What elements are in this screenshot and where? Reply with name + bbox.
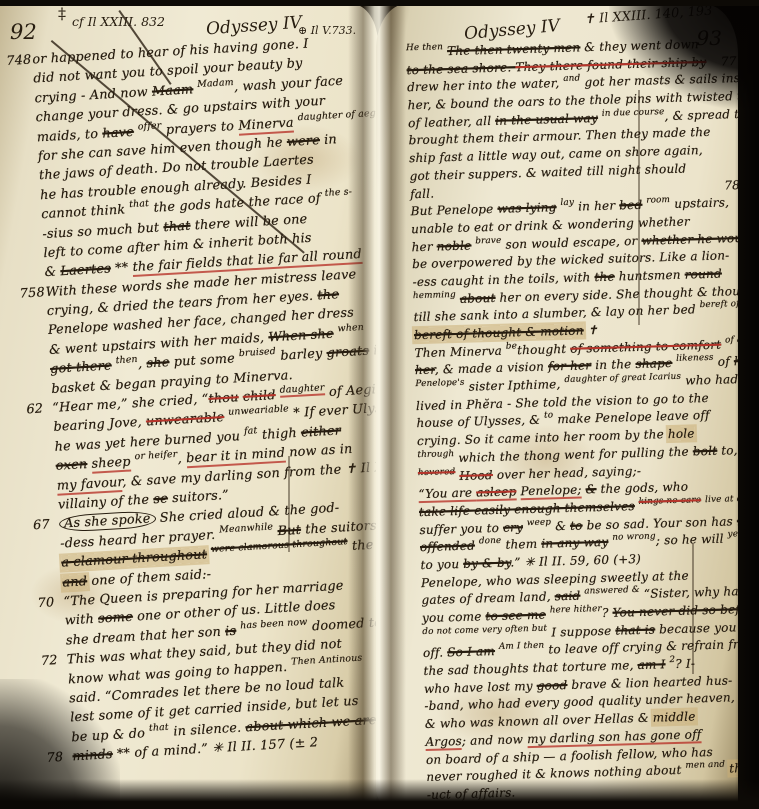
margin-line-number (400, 763, 426, 764)
annotated-text: have (102, 124, 134, 141)
margin-line-number: 77 (721, 54, 737, 68)
annotated-text: that (149, 721, 169, 733)
margin-line-number: 72 (41, 653, 68, 669)
manuscript-text: ; and now (462, 732, 528, 748)
margin-line-number: 62 (26, 401, 53, 417)
annotated-text: Maam (152, 82, 194, 99)
margin-line-number (32, 509, 58, 510)
manuscript-text: barley (276, 346, 327, 364)
margin-line-number (39, 625, 65, 626)
manuscript-text: huntsmen (615, 268, 685, 284)
annotated-text: Minerva (238, 115, 294, 135)
margin-line-number (391, 445, 417, 446)
header-reference-left: cf Il XXIII. 832 (72, 14, 165, 29)
annotated-text: oxen (55, 457, 87, 474)
annotated-text: then (115, 354, 138, 366)
annotated-text: of another matter (725, 333, 738, 345)
margin-line-number (384, 180, 410, 181)
manuscript-text: ? (602, 606, 613, 620)
annotated-text: and (563, 74, 580, 84)
annotated-text: the (317, 287, 339, 303)
margin-line-number (381, 92, 407, 93)
annotated-text: Am I then (499, 641, 545, 652)
margin-line-number (390, 392, 416, 393)
manuscript-text: Then Minerva (414, 343, 506, 360)
annotated-text: be (506, 341, 517, 351)
margin-line-number (393, 498, 419, 499)
margin-line-number (394, 551, 420, 552)
margin-line-number (24, 373, 50, 374)
page-title-right: Odyssey IV (463, 16, 560, 44)
margin-line-number (401, 799, 427, 800)
margin-line-number (390, 410, 416, 411)
annotated-text: for her (548, 359, 592, 374)
manuscript-text: & (551, 518, 570, 533)
annotated-text: live at ease (705, 494, 738, 505)
annotated-text: is (225, 623, 237, 639)
manuscript-text: her (411, 239, 437, 254)
annotated-text: You never did so before (612, 602, 738, 620)
margin-line-number (31, 489, 57, 490)
manuscript-text: ✝ (583, 323, 598, 337)
annotated-text: here hither (550, 604, 602, 615)
manuscript-text: be so sad. Your son has (582, 514, 737, 532)
annotated-text: unwearable (146, 410, 225, 429)
annotated-text: that is (615, 622, 655, 637)
manuscript-text: gates of dream land, (421, 590, 555, 608)
manuscript-text: suitors.” (168, 488, 230, 506)
margin-line-number: 748 (6, 53, 33, 69)
annotated-text: daughter (279, 382, 325, 398)
margin-line-number: 758 (19, 285, 46, 301)
manuscript-text: upstairs, (670, 196, 729, 212)
annotated-text: to the sea shore. (406, 60, 515, 77)
photo-vignette (735, 0, 759, 809)
margin-line-number: 78 (724, 178, 738, 192)
manuscript-text: prayers to (161, 118, 239, 137)
annotated-text: some (98, 610, 134, 627)
margin-line-number (12, 160, 38, 161)
annotated-text: sheep (91, 455, 131, 474)
manuscript-text: to you (420, 557, 463, 572)
annotated-text: my favour (57, 475, 123, 496)
annotated-text: offer (138, 120, 162, 132)
manuscript-text: -uct of affairs. (427, 785, 516, 801)
manuscript-text: who have lost my (424, 679, 537, 696)
manuscript-text: in the (591, 357, 636, 372)
margin-line-number (8, 83, 34, 84)
annotated-text: fat (244, 425, 258, 437)
annotated-text: in any way (541, 535, 608, 551)
manuscript-text: of (714, 355, 734, 370)
annotated-text: kings no care (639, 495, 702, 507)
margin-line-number (397, 640, 423, 641)
header-reference: ✝ Il XXIII. 140, 193 (584, 4, 713, 27)
annotated-text: either (301, 423, 342, 440)
margin-line-number (26, 393, 52, 394)
manuscript-text: in silence. (169, 720, 246, 739)
margin-line-number (386, 268, 412, 269)
annotated-text: am I (637, 657, 665, 672)
annotated-text: When she (268, 326, 334, 345)
annotated-text: shape (635, 356, 672, 371)
margin-line-number (381, 74, 407, 75)
page-number-left: 92 (10, 20, 37, 44)
annotated-text: when (337, 322, 364, 334)
margin-line-number (17, 238, 43, 239)
margin-line-number (45, 722, 71, 723)
manuscript-text: the gods, who (596, 480, 688, 497)
margin-line-number (19, 276, 45, 277)
manuscript-text: , & made a vision (435, 360, 549, 377)
margin-line-number (388, 321, 414, 322)
annotated-text: her (415, 363, 435, 378)
manuscript-text: you come (422, 609, 486, 625)
margin-line-number (22, 335, 48, 336)
margin-line-number (35, 547, 61, 548)
annotated-text: brave (475, 235, 501, 246)
annotated-text: But (277, 523, 301, 539)
annotated-text: yet (727, 529, 738, 539)
annotated-text: daughter of great Icarius (564, 372, 681, 385)
margin-line-number (30, 470, 56, 471)
annotated-text: & (585, 482, 596, 496)
margin-line-number (16, 218, 42, 219)
manuscript-page-right: Odyssey IV ✝ Il XXIII. 140, 193 93 He th… (376, 4, 738, 805)
annotated-text: by & by (463, 556, 510, 571)
manuscript-text: in (319, 132, 337, 148)
margin-line-number: 67 (33, 517, 60, 533)
margin-line-number (36, 567, 62, 568)
collation-mark-icon: ‡ (58, 4, 66, 23)
annotated-text: thou (208, 390, 239, 407)
annotated-text: in due course (602, 107, 665, 119)
margin-line-number (396, 604, 422, 605)
annotated-text: Argos (425, 734, 462, 751)
margin-line-number (383, 145, 409, 146)
margin-line-number (385, 215, 411, 216)
margin-line-number (398, 693, 424, 694)
margin-line-number (386, 251, 412, 252)
annotated-text: “You are (418, 486, 476, 504)
annotated-text: groats (326, 344, 369, 361)
annotated-text: Laertes (60, 262, 111, 280)
annotated-text: to (544, 411, 553, 421)
annotated-text: done (479, 536, 502, 547)
manuscript-page-left: 92 ‡ cf Il XXIII. 832 Odyssey IV ⊕ Il V.… (0, 4, 378, 805)
manuscript-text: thigh (257, 425, 301, 442)
annotated-text: in the usual way (495, 111, 598, 128)
annotated-text: hovered (418, 467, 456, 478)
annotated-text: her (734, 354, 738, 369)
annotated-text: The then twenty men (447, 40, 581, 58)
margin-line-number (395, 569, 421, 570)
manuscript-text: But Penelope (410, 202, 497, 218)
annotated-text: middle (653, 710, 696, 725)
annotated-text: se (153, 491, 168, 507)
margin-line-number (10, 122, 36, 123)
annotated-text: to see me (485, 608, 546, 624)
annotated-text: said (555, 589, 581, 604)
manuscript-text: “Sister, why have (640, 584, 738, 601)
annotated-text: bed (619, 198, 642, 213)
manuscript-text: drew her into the water, (407, 76, 564, 94)
annotated-text: the cond- (729, 760, 738, 776)
margin-line-number (13, 180, 39, 181)
manuscript-text: I suppose (547, 623, 615, 639)
manuscript-text: now as in (285, 442, 353, 461)
margin-line-number (46, 741, 72, 742)
annotated-text: were (287, 133, 321, 150)
annotated-text: about (460, 290, 496, 305)
margin-line-number (42, 683, 68, 684)
manuscript-text: & (44, 265, 61, 281)
manuscript-text: son would escape, or (501, 233, 641, 251)
manuscript-text: put some (169, 351, 240, 370)
annotated-text: Penelope's (415, 378, 464, 389)
manuscript-text: be up & do (71, 726, 150, 745)
manuscript-text: them (501, 537, 541, 552)
manuscript-lines-right: He then The then twenty men & they went … (380, 36, 738, 805)
manuscript-text: the suitors (301, 518, 378, 538)
manuscript-text: with (64, 612, 98, 629)
margin-line-number (397, 657, 423, 658)
annotated-text: bolt (693, 444, 718, 459)
annotated-text: cry (503, 520, 523, 535)
margin-line-number (23, 354, 49, 355)
margin-line-number (14, 199, 40, 200)
annotated-text: unweariable (228, 404, 289, 418)
manuscript-text: ? I- (675, 657, 695, 672)
margin-line-number (382, 127, 408, 128)
annotated-text: not (737, 513, 738, 528)
annotated-text: the (594, 269, 615, 284)
manuscript-text: off. (423, 646, 448, 661)
margin-line-number (389, 375, 415, 376)
margin-line-number (382, 109, 408, 110)
annotated-text: that (129, 198, 149, 210)
page-title-left: Odyssey IV (205, 13, 302, 40)
annotated-text: 2 (669, 655, 675, 665)
margin-line-number (21, 315, 47, 316)
manuscript-text: sister Ipthime, (465, 377, 565, 394)
manuscript-text: , (177, 452, 186, 467)
annotated-text: answered & (584, 585, 640, 597)
annotated-text: lay (560, 198, 574, 208)
annotated-text: child (243, 388, 277, 405)
margin-line-number (395, 587, 421, 588)
manuscript-text: .” ✳ Il II. 59, 60 (+3) (510, 552, 641, 570)
margin-line-number (18, 257, 44, 258)
margin-line-number (398, 675, 424, 676)
annotated-text: got there (50, 359, 112, 378)
manuscript-text: make Penelope leave off (553, 408, 710, 426)
margin-line-number (394, 534, 420, 535)
annotated-text: likeness (676, 353, 714, 364)
annotated-text: So I am (447, 644, 495, 659)
margin-line-number (391, 428, 417, 429)
margin-line-number (401, 781, 427, 782)
annotated-text: hole (668, 426, 695, 441)
annotated-text: whether he would (641, 230, 738, 247)
manuscript-text: over her head, saying;- (493, 463, 642, 481)
margin-line-number: 70 (37, 595, 64, 611)
margin-line-number (387, 304, 413, 305)
margin-line-number (392, 463, 418, 464)
manuscript-text: ** (111, 260, 134, 276)
margin-line-number (400, 746, 426, 747)
manuscript-text: to, & (717, 443, 738, 458)
annotated-text: was lying (497, 200, 556, 216)
annotated-text: asleep (476, 485, 517, 502)
annotated-text: that (163, 218, 191, 235)
annotated-text: she (146, 355, 170, 371)
margin-line-number (396, 622, 422, 623)
annotated-text: Meanwhile (219, 521, 273, 535)
manuscript-text: ; so he will (656, 532, 728, 548)
annotated-text: He then (406, 42, 443, 53)
margin-line-number (385, 233, 411, 234)
margin-line-number (29, 451, 55, 452)
margin-line-number (393, 516, 419, 517)
margin-line-number (399, 728, 425, 729)
annotated-text: good (537, 678, 568, 693)
margin-line-number (40, 644, 66, 645)
margin-line-number (387, 286, 413, 287)
annotated-text: or heifer (134, 449, 177, 462)
margin-line-number (384, 198, 410, 199)
manuscript-text: maids, to (36, 126, 102, 145)
annotated-text: Penelope; (520, 483, 582, 501)
manuscript-text: of Aegis (324, 382, 378, 400)
manuscript-text: fall. (410, 186, 434, 201)
manuscript-photo: 92 ‡ cf Il XXIII. 832 Odyssey IV ⊕ Il V.… (0, 0, 759, 809)
margin-line-number (392, 481, 418, 482)
manuscript-text: thought (517, 341, 571, 356)
manuscript-text: of leather, all (408, 114, 495, 130)
annotated-text: to (570, 518, 583, 532)
margin-line-number (11, 141, 37, 142)
manuscript-text: suffer you to (419, 520, 503, 536)
margin-line-number (388, 339, 414, 340)
margin-line-number (383, 162, 409, 163)
annotated-text: offended (420, 539, 475, 555)
annotated-text: noble (437, 238, 472, 253)
margin-line-number (9, 102, 35, 103)
annotated-text: men and (685, 760, 725, 771)
annotated-text: the s- (324, 186, 352, 199)
annotated-text: no wrong (612, 532, 656, 543)
margin-line-number (389, 357, 415, 358)
annotated-text: room (646, 195, 670, 206)
margin-line-number (380, 56, 406, 57)
margin-line-number (43, 702, 69, 703)
margin-line-number (37, 586, 63, 587)
margin-line-number (399, 710, 425, 711)
manuscript-text: house of Ulysses, & (416, 413, 544, 431)
manuscript-text: in her (574, 199, 620, 214)
annotated-text: bruised (239, 346, 277, 359)
margin-line-number: 78 (46, 749, 73, 765)
annotated-text: hemming (413, 290, 456, 301)
annotated-text: through (417, 449, 454, 460)
annotated-text: round (685, 266, 722, 281)
annotated-text: Madam (197, 77, 234, 90)
manuscript-text: & they went down (580, 37, 699, 54)
annotated-text: and (62, 574, 87, 590)
annotated-text: weep (527, 517, 552, 528)
manuscript-lines-left: 748or happened to hear of his having gon… (6, 33, 378, 771)
annotated-text: minds (72, 747, 113, 764)
annotated-text: Hood (459, 468, 493, 483)
margin-line-number (28, 431, 54, 432)
